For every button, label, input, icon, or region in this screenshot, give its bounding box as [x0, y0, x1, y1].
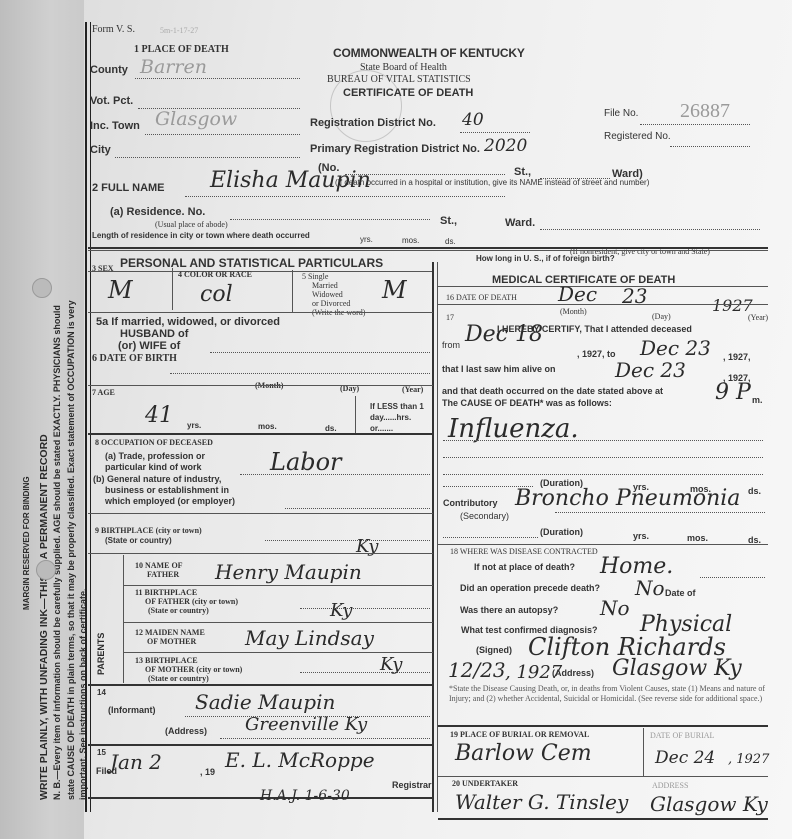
- registrar-annotation: H.A.J. 1-6-30: [260, 788, 350, 804]
- contributory-cause-value: Broncho Pneumonia: [515, 486, 740, 511]
- occupation-label: 8 OCCUPATION OF DECEASED: [95, 438, 213, 447]
- date-of-death-label: 16 DATE OF DEATH: [446, 293, 517, 302]
- margin-instruction-2: N. B.—Every item of information should b…: [52, 305, 62, 800]
- death-occurred-label: and that death occurred on the date stat…: [442, 386, 663, 396]
- undertaker-value: Walter G. Tinsley: [455, 790, 628, 814]
- informant-address-value: Greenville Ky: [245, 714, 367, 735]
- personal-section-title: PERSONAL AND STATISTICAL PARTICULARS: [120, 256, 383, 270]
- form-border: [85, 22, 91, 812]
- mother-birthplace-value: Ky: [380, 654, 402, 675]
- file-no-label: File No.: [604, 108, 638, 119]
- st-label: St.,: [514, 166, 531, 178]
- time-of-death: 9 P: [715, 380, 751, 405]
- usual-place-note: (Usual place of abode): [155, 220, 228, 229]
- registered-no-label: Registered No.: [604, 131, 671, 142]
- certificate-paper: MARGIN RESERVED FOR BINDING WRITE PLAINL…: [0, 0, 792, 839]
- date-of-death-month: Dec: [558, 282, 597, 306]
- registrar-signature: E. L. McRoppe: [225, 748, 375, 772]
- last-saw-date: Dec 23: [615, 358, 686, 382]
- marital-value: M: [382, 276, 407, 304]
- registration-district-value: 40: [462, 110, 484, 130]
- parents-label: PARENTS: [96, 633, 106, 675]
- length-of-residence-label: Length of residence in city or town wher…: [92, 231, 310, 240]
- form-code: 5m-1-17-27: [160, 26, 198, 35]
- birthplace-label: 9 BIRTHPLACE (city or town): [95, 526, 202, 535]
- certificate-title: CERTIFICATE OF DEATH: [343, 87, 473, 99]
- informant-label: (Informant): [108, 705, 156, 715]
- color-value: col: [200, 282, 233, 307]
- burial-place-value: Barlow Cem: [455, 741, 592, 766]
- registrar-label: Registrar: [392, 780, 432, 790]
- last-saw-label: that I last saw him alive on: [442, 364, 556, 374]
- punch-hole: [36, 560, 56, 580]
- residence-st-label: St.,: [440, 215, 457, 227]
- board-of-health: State Board of Health: [360, 62, 447, 73]
- father-birthplace-value: Ky: [330, 600, 352, 621]
- undertaker-address-label: ADDRESS: [652, 781, 688, 790]
- cause-footnote: *State the Disease Causing Death, or, in…: [449, 684, 767, 704]
- sex-value: M: [108, 276, 133, 304]
- autopsy-value: No: [600, 596, 630, 620]
- operation-label: Did an operation precede death?: [460, 583, 600, 593]
- father-name-value: Henry Maupin: [215, 560, 362, 584]
- binding-margin: MARGIN RESERVED FOR BINDING WRITE PLAINL…: [0, 0, 84, 839]
- physician-address-value: Glasgow Ky: [612, 656, 742, 681]
- cause-of-death-label: The CAUSE OF DEATH* was as follows:: [442, 398, 612, 408]
- margin-reserved: MARGIN RESERVED FOR BINDING: [22, 476, 31, 610]
- color-label: 4 COLOR OR RACE: [178, 270, 252, 279]
- autopsy-label: Was there an autopsy?: [460, 605, 558, 615]
- age-value: 41: [145, 403, 173, 428]
- sex-label: 3 SEX: [92, 264, 114, 273]
- informant-value: Sadie Maupin: [195, 690, 335, 714]
- attended-from-date: Dec 18: [465, 322, 543, 347]
- foreign-birth-label: How long in U. S., if of foreign birth?: [476, 254, 615, 263]
- informant-address-label: (Address): [165, 726, 207, 736]
- not-at-place-label: If not at place of death?: [474, 562, 575, 572]
- hospital-note: (If death occurred in a hospital or inst…: [335, 178, 649, 187]
- county-value: Barren: [140, 56, 207, 78]
- spouse-label: 5a If married, widowed, or divorced: [96, 316, 280, 328]
- signed-label: (Signed): [476, 645, 512, 655]
- undertaker-address-value: Glasgow Ky: [650, 792, 768, 816]
- full-name-label: 2 FULL NAME: [92, 182, 165, 194]
- residence-label: (a) Residence. No.: [110, 206, 205, 218]
- disease-contracted-label: 18 WHERE WAS DISEASE CONTRACTED: [450, 547, 598, 556]
- physician-address-label: (Address): [552, 668, 594, 678]
- margin-instruction-3: state CAUSE OF DEATH in plain terms, so …: [66, 300, 76, 800]
- vot-pct-label: Vot. Pct.: [90, 95, 133, 107]
- age-label: 7 AGE: [92, 388, 115, 397]
- margin-instruction-1: WRITE PLAINLY, WITH UNFADING INK—THIS IS…: [38, 434, 50, 800]
- operation-value: No: [635, 576, 665, 600]
- filed-date-value: Jan 2: [110, 750, 162, 774]
- burial-place-label: 19 PLACE OF BURIAL OR REMOVAL: [450, 730, 589, 739]
- burial-date-value: Dec 24: [655, 748, 715, 768]
- inc-town-value: Glasgow: [155, 108, 237, 130]
- commonwealth-title: COMMONWEALTH OF KENTUCKY: [333, 46, 525, 60]
- registration-district-label: Registration District No.: [310, 117, 436, 129]
- inc-town-label: Inc. Town: [90, 120, 140, 132]
- attended-to-date: Dec 23: [640, 336, 711, 360]
- primary-registration-label: Primary Registration District No.: [310, 143, 480, 155]
- bureau-title: BUREAU OF VITAL STATISTICS: [327, 74, 471, 85]
- contributory-label: Contributory: [443, 498, 498, 508]
- mother-maiden-name-value: May Lindsay: [245, 626, 374, 650]
- full-name-value: Elisha Maupin: [210, 168, 371, 193]
- date-of-death-year: 1927: [712, 296, 753, 315]
- burial-date-label: DATE OF BURIAL: [650, 731, 714, 740]
- place-of-death-heading: 1 PLACE OF DEATH: [134, 44, 229, 55]
- signed-date: 12/23: [448, 658, 506, 682]
- undertaker-label: 20 UNDERTAKER: [452, 779, 518, 788]
- county-label: County: [90, 64, 128, 76]
- date-of-birth-label: 6 DATE OF BIRTH: [92, 353, 177, 364]
- residence-ward-label: Ward.: [505, 217, 535, 229]
- city-label: City: [90, 144, 111, 156]
- occupation-value: Labor: [270, 448, 342, 476]
- primary-registration-value: 2020: [484, 136, 527, 156]
- form-number: Form V. S.: [92, 24, 135, 35]
- file-number: 26887: [680, 100, 730, 123]
- punch-hole: [32, 278, 52, 298]
